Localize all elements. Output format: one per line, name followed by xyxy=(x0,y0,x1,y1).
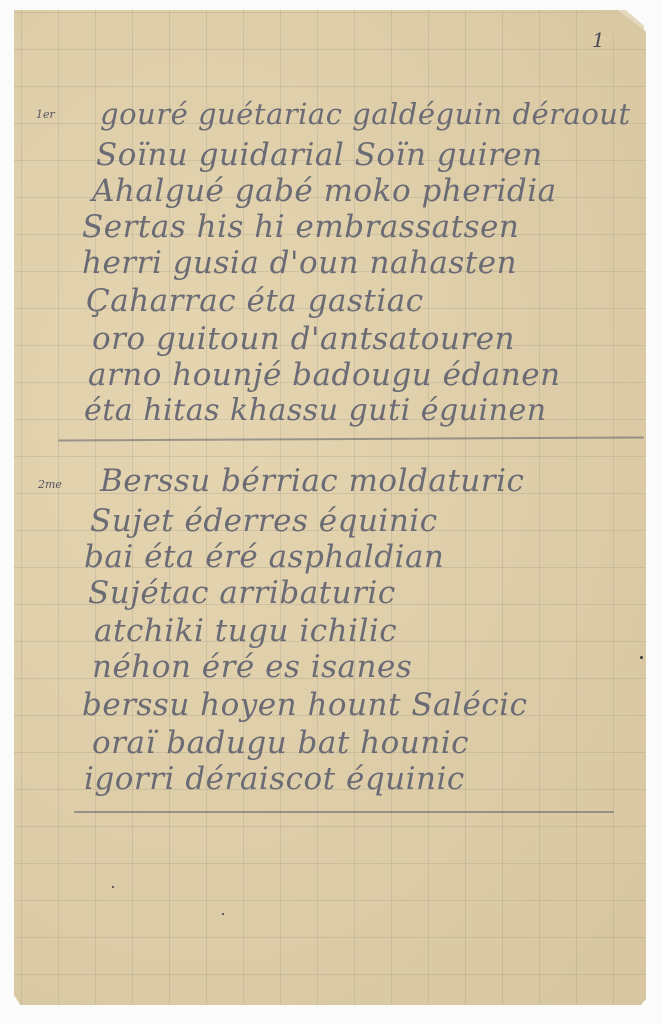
paper-speck xyxy=(640,656,643,659)
stanza-1-line-4: Sertas his hi embrassatsen xyxy=(82,212,519,243)
page-number: 1 xyxy=(592,28,605,52)
stanza-1-line-8: arno hounjé badougu édanen xyxy=(88,360,561,391)
stanza-2-line-2: Sujet éderres équinic xyxy=(90,506,438,537)
stanza-1-line-3: Ahalgué gabé moko pheridia xyxy=(92,176,557,207)
stanza-2-line-3: bai éta éré asphaldian xyxy=(84,542,444,573)
paper-speck xyxy=(112,886,114,888)
stanza-2-line-5: atchiki tugu ichilic xyxy=(94,616,397,647)
stanza-1-line-2: Soïnu guidarial Soïn guiren xyxy=(96,140,543,171)
stanza-marker-2: 2me xyxy=(38,478,62,491)
stanza-2-line-8: oraï badugu bat hounic xyxy=(92,728,469,759)
stanza-2-underline xyxy=(74,811,614,813)
stanza-1-line-5: herri gusia d'oun nahasten xyxy=(82,248,517,279)
stanza-marker-1: 1er xyxy=(36,108,55,121)
stanza-2-line-1: Berssu bérriac moldaturic xyxy=(100,466,524,497)
stanza-1-line-1: gouré guétariac galdéguin déraout xyxy=(100,100,631,129)
stanza-2-line-7: berssu hoyen hount Salécic xyxy=(82,690,527,721)
stanza-1-line-7: oro guitoun d'antsatouren xyxy=(92,324,515,355)
stanza-2-line-9: igorri déraiscot équinic xyxy=(84,764,465,795)
stanza-2-line-6: néhon éré es isanes xyxy=(92,652,412,683)
stanza-2-line-4: Sujétac arribaturic xyxy=(88,578,396,609)
stanza-1-line-6: Çaharrac éta gastiac xyxy=(86,286,424,317)
torn-corner xyxy=(598,10,644,36)
stanza-1-line-9: éta hitas khassu guti éguinen xyxy=(84,396,547,426)
paper-speck xyxy=(222,913,224,915)
